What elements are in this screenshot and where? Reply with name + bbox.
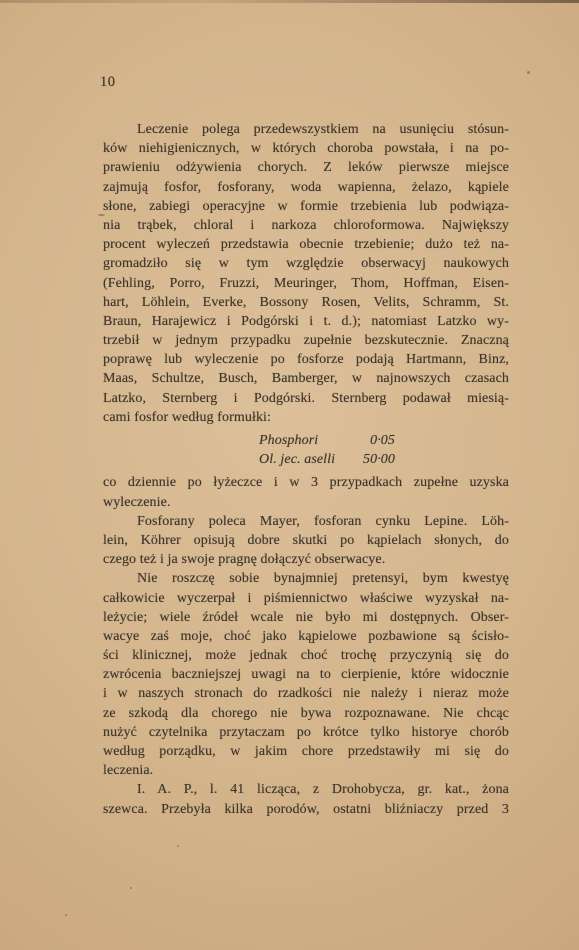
paragraph: co dziennie po łyżeczce i w 3 przypadkac… [103, 473, 509, 511]
text-line: leżycie; wiele źródeł wcale nie było mi … [103, 608, 509, 627]
text-line: według porządku, w jakim chore przedstaw… [103, 742, 509, 761]
formula-value: 0·05 [370, 431, 395, 450]
formula-label: Ol. jec. aselli [259, 450, 335, 469]
text-line: co dziennie po łyżeczce i w 3 przypadkac… [103, 473, 509, 492]
text-line: Latzko, Sternberg i Podgórski. Sternberg… [103, 389, 509, 408]
text-line: szewca. Przebyła kilka porodów, ostatni … [103, 800, 509, 819]
paragraph: Leczenie polega przedewszystkiem na usun… [103, 120, 509, 427]
page-number: 10 [100, 74, 116, 91]
text-line: leczenia. [103, 761, 509, 780]
formula-label: Phosphori [259, 431, 318, 450]
formula-row: Ol. jec. aselli50·00 [259, 450, 395, 469]
text-line: trzebił w jednym przypadku zupełnie bezs… [103, 331, 509, 350]
text-line: i w naszych stronach do rzadkości nie na… [103, 684, 509, 703]
paragraph: I. A. P., l. 41 licząca, z Drohobycza, g… [103, 780, 509, 818]
text-line: hart, Löhlein, Everke, Bossony Rosen, Ve… [103, 293, 509, 312]
text-line: Nie roszczę sobie bynajmniej pretensyi, … [103, 569, 509, 588]
text-line: Fosforany poleca Mayer, fosforan cynku L… [103, 512, 509, 531]
text-line: nia trąbek, chloral i narkoza chloroform… [103, 216, 509, 235]
text-line: ze szkodą dla chorego nie bywa rozpoznaw… [103, 704, 509, 723]
page-background: 10 Leczenie polega przedewszystkiem na u… [0, 0, 579, 950]
text-line: (Fehling, Porro, Fruzzi, Meuringer, Thom… [103, 274, 509, 293]
paper-speck [98, 214, 105, 216]
text-line: zajmują fosfor, fosforany, woda wapienna… [103, 178, 509, 197]
formula-value: 50·00 [363, 450, 395, 469]
text-line: słone, zabiegi operacyjne w formie trzeb… [103, 197, 509, 216]
text-line: I. A. P., l. 41 licząca, z Drohobycza, g… [103, 780, 509, 799]
paragraph: Nie roszczę sobie bynajmniej pretensyi, … [103, 569, 509, 780]
text-line: ści klinicznej, może jednak choć trochę … [103, 646, 509, 665]
text-line: zwrócenia baczniejszej uwagi na to cierp… [103, 665, 509, 684]
text-line: ków niehigienicznych, w których choroba … [103, 139, 509, 158]
text-block: Leczenie polega przedewszystkiem na usun… [103, 120, 509, 819]
formula-block: Phosphori0·05Ol. jec. aselli50·00 [103, 431, 509, 469]
formula-row: Phosphori0·05 [259, 431, 395, 450]
paper-speck [65, 914, 67, 916]
scanned-book-page: { "page": { "number": "10" }, "colors": … [0, 0, 579, 950]
text-line: czego też i ja swoje pragnę dołączyć obs… [103, 550, 509, 569]
paper-speck [177, 845, 179, 847]
paragraph: Fosforany poleca Mayer, fosforan cynku L… [103, 512, 509, 570]
text-line: lein, Köhrer opisują dobre skutki po kąp… [103, 531, 509, 550]
text-line: wyleczenie. [103, 493, 509, 512]
text-line: nużyć czytelnika przytaczam po krótce ty… [103, 723, 509, 742]
text-line: prawieniu odżywienia chorych. Z leków pi… [103, 158, 509, 177]
text-line: cami fosfor według formułki: [103, 408, 509, 427]
text-line: procent wyleczeń przedstawia obecnie trz… [103, 235, 509, 254]
text-line: poprawę lub wyleczenie po fosforze podaj… [103, 350, 509, 369]
text-line: wacye zaś moje, choć jako kąpielowe pozb… [103, 627, 509, 646]
text-line: gromadziło się w tym względzie obserwacy… [103, 254, 509, 273]
text-line: Leczenie polega przedewszystkiem na usun… [103, 120, 509, 139]
text-line: Maas, Schultze, Busch, Bamberger, w najn… [103, 369, 509, 388]
text-line: Braun, Harajewicz i Podgórski i t. d.); … [103, 312, 509, 331]
paper-speck [130, 887, 132, 889]
paper-speck [527, 71, 530, 74]
text-line: całkowicie wyczerpał i piśmiennictwo wła… [103, 589, 509, 608]
